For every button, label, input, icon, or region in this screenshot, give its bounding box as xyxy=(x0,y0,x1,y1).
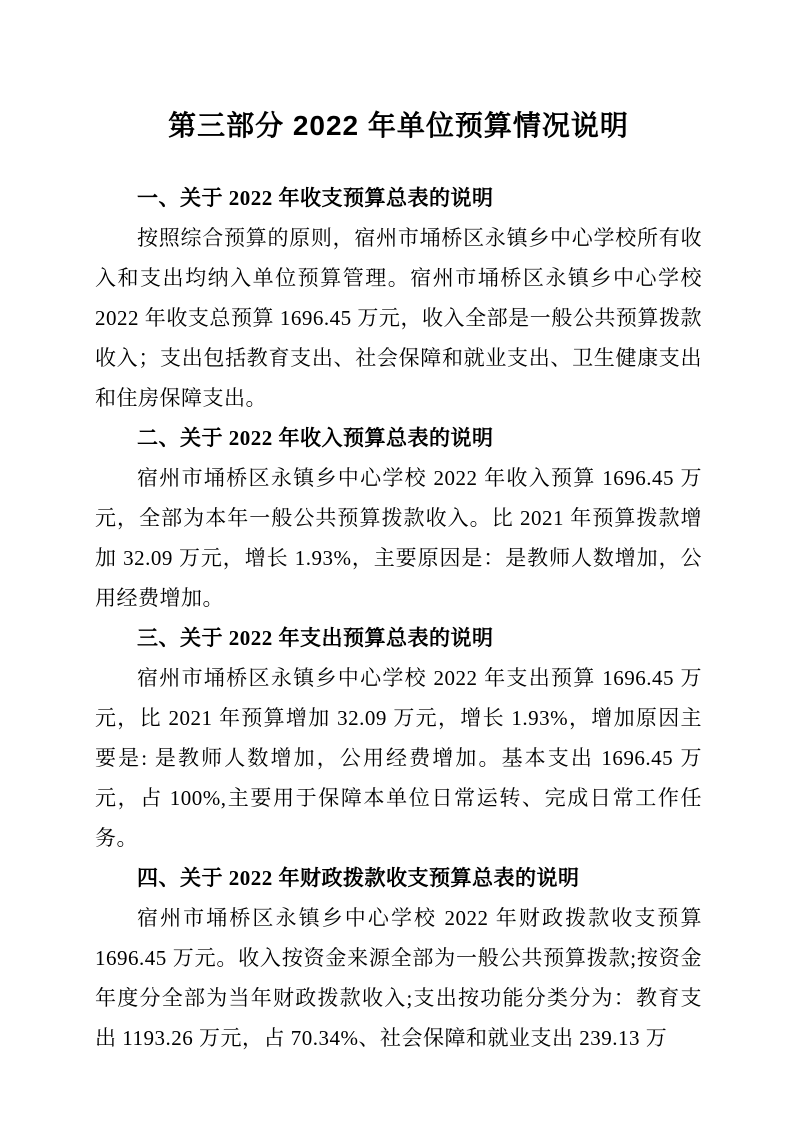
document-title: 第三部分 2022 年单位预算情况说明 xyxy=(95,104,702,148)
section-fiscal-appropriation-summary: 四、关于 2022 年财政拨款收支预算总表的说明 宿州市埇桥区永镇乡中心学校 2… xyxy=(95,858,702,1058)
section-1-paragraph: 按照综合预算的原则，宿州市埇桥区永镇乡中心学校所有收入和支出均纳入单位预算管理。… xyxy=(95,218,702,418)
section-income-summary: 二、关于 2022 年收入预算总表的说明 宿州市埇桥区永镇乡中心学校 2022 … xyxy=(95,418,702,618)
section-4-heading: 四、关于 2022 年财政拨款收支预算总表的说明 xyxy=(95,858,702,898)
section-1-heading: 一、关于 2022 年收支预算总表的说明 xyxy=(95,178,702,218)
section-income-expenditure-summary: 一、关于 2022 年收支预算总表的说明 按照综合预算的原则，宿州市埇桥区永镇乡… xyxy=(95,178,702,418)
section-3-heading: 三、关于 2022 年支出预算总表的说明 xyxy=(95,618,702,658)
section-2-paragraph: 宿州市埇桥区永镇乡中心学校 2022 年收入预算 1696.45 万元，全部为本… xyxy=(95,458,702,618)
section-3-paragraph: 宿州市埇桥区永镇乡中心学校 2022 年支出预算 1696.45 万元，比 20… xyxy=(95,658,702,858)
document-page: 第三部分 2022 年单位预算情况说明 一、关于 2022 年收支预算总表的说明… xyxy=(0,0,793,1122)
section-4-paragraph: 宿州市埇桥区永镇乡中心学校 2022 年财政拨款收支预算 1696.45 万元。… xyxy=(95,898,702,1058)
section-2-heading: 二、关于 2022 年收入预算总表的说明 xyxy=(95,418,702,458)
section-expenditure-summary: 三、关于 2022 年支出预算总表的说明 宿州市埇桥区永镇乡中心学校 2022 … xyxy=(95,618,702,858)
